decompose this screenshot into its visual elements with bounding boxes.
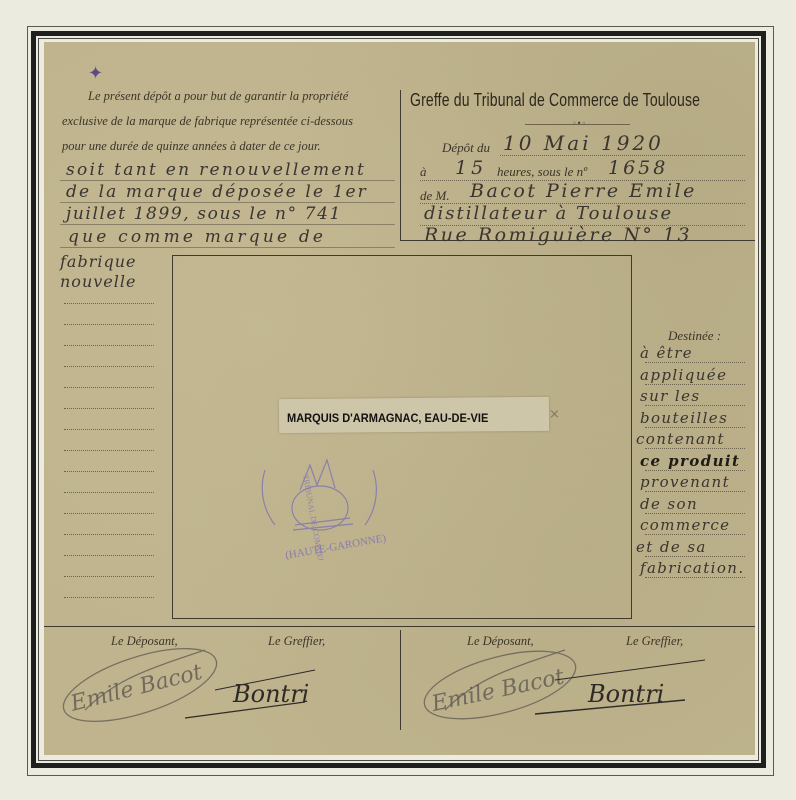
left-hand-line-5: fabrique <box>60 252 136 271</box>
destination-line: commerce <box>640 516 730 534</box>
ruled-line <box>64 597 154 598</box>
ruled-line <box>64 366 154 367</box>
svg-text:Emile Bacot: Emile Bacot <box>429 664 567 717</box>
ruled-line <box>64 408 154 409</box>
destination-line: à être <box>640 344 693 362</box>
svg-text:Bontri: Bontri <box>232 680 309 708</box>
ink-star-mark-icon: ✦ <box>88 63 103 84</box>
depositor-prefix: de M. <box>420 188 450 204</box>
ruled-line <box>64 387 154 388</box>
left-hand-line-2: de la marque déposée le 1er <box>66 182 368 202</box>
depositor-name: Bacot Pierre Emile <box>470 180 697 202</box>
destination-line: de son <box>640 495 698 513</box>
destination-line: ce produit <box>640 452 740 470</box>
destination-line: bouteilles <box>640 409 728 427</box>
registry-title: Greffe du Tribunal de Commerce de Toulou… <box>410 90 700 111</box>
ruled-line <box>64 471 154 472</box>
registration-number: 1658 <box>608 157 668 179</box>
ruled-line <box>64 324 154 325</box>
hour-number-label: heures, sous le nº <box>497 164 587 180</box>
cross-mark-icon: × <box>549 407 560 422</box>
svg-text:(HAUTE-GARONNE): (HAUTE-GARONNE) <box>284 532 387 560</box>
depositor-address: Rue Romiguière N° 13 <box>424 224 692 246</box>
ruled-line <box>64 576 154 577</box>
ruled-line <box>64 429 154 430</box>
left-hand-line-3: juillet 1899, sous le n° 741 <box>66 204 342 224</box>
ruled-line <box>64 492 154 493</box>
intro-line-3: pour une durée de quinze années à dater … <box>62 139 321 154</box>
left-hand-line-6: nouvelle <box>60 272 136 291</box>
intro-line-1: Le présent dépôt a pour but de garantir … <box>88 89 348 104</box>
destination-line: contenant <box>636 430 725 448</box>
ruled-line <box>64 450 154 451</box>
destination-line: provenant <box>640 473 730 491</box>
left-hand-line-4: que comme marque de <box>68 227 326 247</box>
ruled-line <box>64 513 154 514</box>
trademark-specimen-box <box>172 255 632 619</box>
ruled-line <box>64 345 154 346</box>
trademark-label-text: MARQUIS D'ARMAGNAC, EAU-DE-VIE <box>287 411 488 425</box>
deposit-date-label: Dépôt du <box>442 140 490 156</box>
destination-line: sur les <box>640 387 700 405</box>
deposit-date-value: 10 Mai 1920 <box>503 131 664 155</box>
destination-line: appliquée <box>640 366 727 384</box>
intro-line-2: exclusive de la marque de fabrique repré… <box>62 114 353 129</box>
svg-text:Bontri: Bontri <box>587 680 664 708</box>
hour-prefix: à <box>420 164 427 180</box>
destination-line: et de sa <box>636 538 707 556</box>
signatures-ink: Emile Bacot Emile Bacot Bontri Bontri <box>55 640 755 740</box>
signature-section-rule <box>44 626 755 627</box>
depositor-occupation: distillateur à Toulouse <box>424 203 673 224</box>
destination-line: fabrication. <box>640 559 745 577</box>
hour-value: 15 <box>455 157 487 179</box>
destination-label: Destinée : <box>668 328 721 344</box>
header-divider <box>400 90 401 240</box>
ruled-line <box>64 303 154 304</box>
title-ornament-icon: ◦•◦ <box>572 119 586 128</box>
ruled-line <box>64 534 154 535</box>
tribunal-stamp-icon: (HAUTE-GARONNE) TRIBUNAL DE COMMERCE <box>255 430 395 560</box>
left-hand-line-1: soit tant en renouvellement <box>66 160 366 180</box>
ruled-line <box>64 555 154 556</box>
svg-text:Emile Bacot: Emile Bacot <box>67 660 205 717</box>
